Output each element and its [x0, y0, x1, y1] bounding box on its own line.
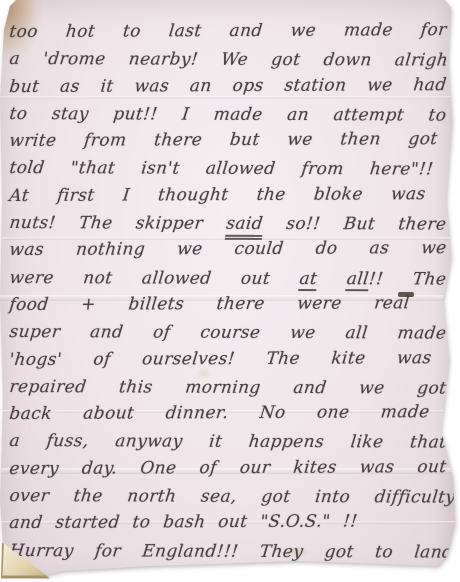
letter-line: a fuss, anyway it happens like that: [8, 428, 448, 457]
text-segment: food + billets there were real: [8, 293, 410, 315]
text-segment: but as it was an ops station we had: [8, 75, 447, 97]
scanned-letter-page: too hot to last and we made for a 'drome…: [0, 0, 460, 582]
letter-paper: too hot to last and we made for a 'drome…: [0, 0, 460, 582]
text-segment: nuts! The skipper: [8, 213, 227, 234]
underlined-word: all: [345, 269, 370, 291]
letter-line: every day. One of our kites was out: [8, 454, 448, 483]
text-segment: too hot to last and we made for: [8, 20, 447, 42]
letter-line: write from there but we then got: [8, 126, 439, 155]
letter-line: repaired this morning and we got: [8, 374, 448, 403]
text-segment: super and of course we all made: [8, 322, 447, 344]
letter-line: told "that isn't allowed from here"!!: [8, 155, 435, 184]
letter-line: but as it was an ops station we had: [8, 72, 448, 101]
letter-line: back about dinner. No one made: [8, 399, 431, 428]
text-segment: over the north sea, got into difficulty: [8, 486, 456, 508]
letter-line: over the north sea, got into difficulty: [8, 483, 457, 512]
letter-line: 'hogs' of ourselves! The kite was: [8, 345, 433, 374]
text-segment: were not allowed out: [8, 268, 300, 289]
text-segment: so!! But there: [262, 214, 448, 235]
text-segment: repaired this morning and we got: [8, 377, 447, 399]
letter-line: was nothing we could do as we: [8, 235, 448, 264]
text-segment: to stay put!! I made an attempt to: [8, 104, 447, 126]
letter-line: super and of course we all made: [8, 319, 448, 348]
letter-line: a 'drome nearby! We got down alright: [8, 46, 457, 75]
letter-line: food + billets there were real: [8, 290, 411, 319]
text-segment: At first I thought the bloke was: [8, 184, 426, 206]
text-segment: Hurray for England!!! They got to land: [8, 541, 454, 563]
text-segment: a 'drome nearby! We got down alright: [8, 49, 456, 71]
text-segment: back about dinner. No one made: [8, 402, 430, 424]
text-segment: and started to bash out "S.O.S." !!: [8, 512, 358, 534]
text-segment: !! The: [368, 269, 448, 289]
text-segment: write from there but we then got: [8, 129, 438, 151]
text-segment: was nothing we could do as we: [8, 238, 447, 260]
letter-line: to stay put!! I made an attempt to: [8, 101, 448, 130]
letter-line: and started to bash out "S.O.S." !!: [8, 509, 359, 538]
letter-line: Hurray for England!!! They got to land: [8, 538, 455, 567]
letter-line: too hot to last and we made for: [8, 17, 448, 46]
text-segment: [316, 269, 348, 289]
underlined-word: at: [298, 269, 318, 291]
paper-shadow-wrap: too hot to last and we made for a 'drome…: [0, 0, 460, 582]
letter-line: At first I thought the bloke was: [8, 181, 427, 210]
text-segment: every day. One of our kites was out: [8, 457, 447, 479]
text-segment: 'hogs' of ourselves! The kite was: [8, 348, 432, 370]
text-segment: a fuss, anyway it happens like that: [8, 431, 447, 453]
handwritten-text-block: too hot to last and we made for a 'drome…: [8, 19, 454, 565]
letter-line: were not allowed out at all!! The: [8, 265, 448, 294]
text-segment: told "that isn't allowed from here"!!: [8, 158, 434, 179]
